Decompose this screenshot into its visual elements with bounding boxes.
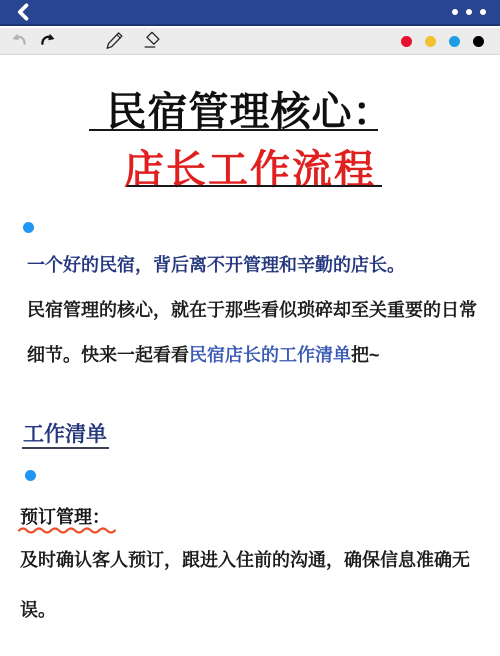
note-app-window: 民宿管理核心： 店长工作流程 一个好的民宿，背后离不开管理和辛勤的店长。 民宿管… bbox=[0, 0, 500, 656]
pen-tool-button[interactable] bbox=[101, 29, 127, 53]
section-heading-underline bbox=[22, 447, 109, 449]
pen-icon bbox=[103, 30, 125, 52]
eraser-tool-button[interactable] bbox=[139, 29, 165, 53]
color-swatch-yellow[interactable] bbox=[425, 36, 436, 47]
color-swatch-red[interactable] bbox=[401, 36, 412, 47]
item-paragraph-line2: 误。 bbox=[20, 596, 488, 622]
back-button[interactable] bbox=[14, 2, 34, 22]
body-text: 细节。快来一起看看 bbox=[27, 345, 189, 365]
bullet-dot bbox=[23, 222, 34, 233]
title-underline bbox=[89, 129, 378, 131]
chevron-left-icon bbox=[14, 2, 34, 22]
more-options-button[interactable] bbox=[452, 9, 486, 15]
redo-button[interactable] bbox=[35, 29, 61, 53]
color-swatches bbox=[401, 36, 484, 47]
dot-icon bbox=[480, 9, 486, 15]
dot-icon bbox=[452, 9, 458, 15]
body-text: 把~ bbox=[351, 345, 380, 365]
top-navigation-bar bbox=[0, 0, 500, 26]
eraser-icon bbox=[141, 30, 163, 52]
undo-icon bbox=[8, 31, 29, 52]
redo-icon bbox=[38, 31, 59, 52]
section-heading-worklist: 工作清单 bbox=[23, 418, 107, 448]
intro-sentence: 一个好的民宿，背后离不开管理和辛勤的店长。 bbox=[27, 251, 487, 277]
title-underline bbox=[127, 185, 382, 187]
note-canvas[interactable]: 民宿管理核心： 店长工作流程 一个好的民宿，背后离不开管理和辛勤的店长。 民宿管… bbox=[0, 56, 500, 656]
editing-toolbar bbox=[0, 28, 500, 55]
color-swatch-blue[interactable] bbox=[449, 36, 460, 47]
item-paragraph-line1: 及时确认客人预订，跟进入住前的沟通，确保信息准确无 bbox=[20, 546, 488, 572]
highlighted-phrase: 民宿店长的工作清单 bbox=[189, 345, 351, 365]
color-swatch-black[interactable] bbox=[473, 36, 484, 47]
bullet-dot bbox=[25, 470, 36, 481]
body-paragraph-line1: 民宿管理的核心，就在于那些看似琐碎却至关重要的日常 bbox=[27, 296, 492, 322]
undo-button[interactable] bbox=[5, 29, 31, 53]
dot-icon bbox=[466, 9, 472, 15]
body-paragraph-line2: 细节。快来一起看看民宿店长的工作清单把~ bbox=[27, 341, 492, 367]
wavy-underline bbox=[18, 526, 116, 534]
